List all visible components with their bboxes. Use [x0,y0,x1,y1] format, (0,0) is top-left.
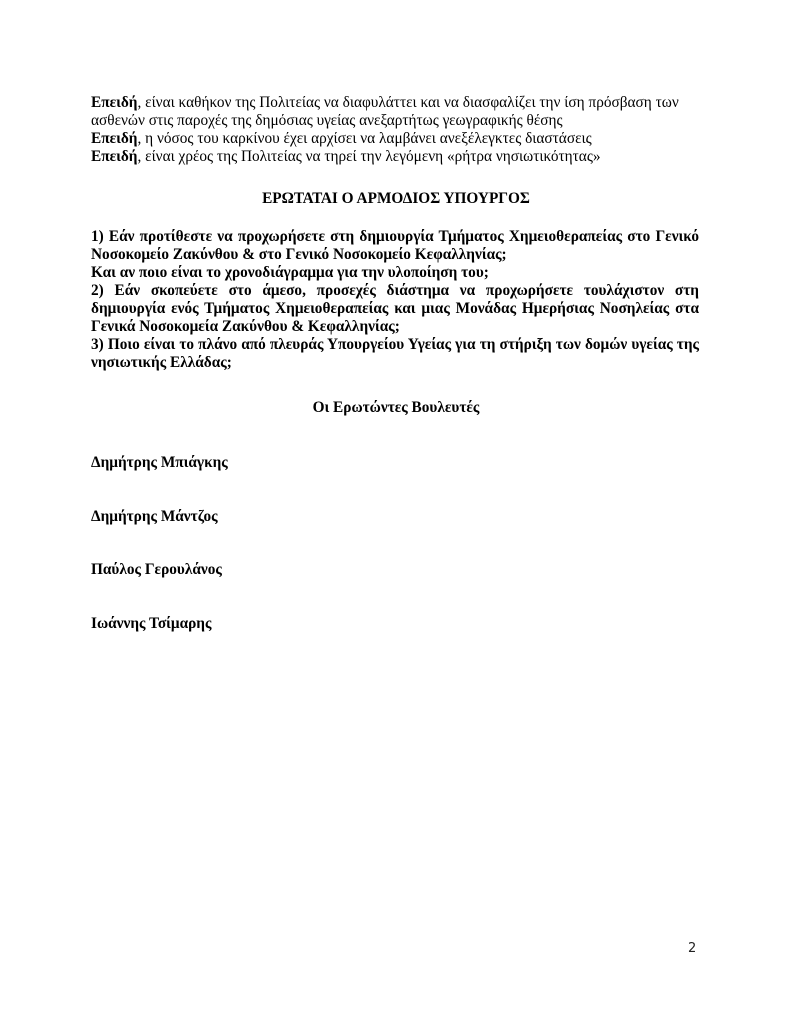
preamble-lead: Επειδή [91,130,138,147]
signer-name: Δημήτρης Μάντζος [91,508,218,526]
preamble-line: ασθενών στις παροχές της δημόσιας υγείας… [91,112,701,130]
section-heading: ΕΡΩΤΑΤΑΙ Ο ΑΡΜΟΔΙΟΣ ΥΠΟΥΡΓΟΣ [91,190,701,208]
preamble-lead: Επειδή [91,148,138,165]
signer-name: Ιωάννης Τσίμαρης [91,615,211,633]
preamble-lead: Επειδή [91,94,138,111]
signatures-title: Οι Ερωτώντες Βουλευτές [91,399,701,417]
preamble-line: Επειδή, είναι καθήκον της Πολιτείας να δ… [91,94,701,112]
question-item: 1) Εάν προτίθεστε να προχωρήσετε στη δημ… [91,228,699,264]
signer-name: Παύλος Γερουλάνος [91,561,222,579]
document-page: Επειδή, είναι καθήκον της Πολιτείας να δ… [0,0,791,1024]
preamble-line: Επειδή, είναι χρέος της Πολιτείας να τηρ… [91,148,701,166]
question-item: 3) Ποιο είναι το πλάνο από πλευράς Υπουρ… [91,336,699,372]
signer-name: Δημήτρης Μπιάγκης [91,454,228,472]
page-number: 2 [688,941,696,956]
preamble-line: Επειδή, η νόσος του καρκίνου έχει αρχίσε… [91,130,701,148]
question-item: 2) Εάν σκοπεύετε στο άμεσο, προσεχές διά… [91,282,699,336]
question-item: Και αν ποιο είναι το χρονοδιάγραμμα για … [91,264,699,282]
questions-list: 1) Εάν προτίθεστε να προχωρήσετε στη δημ… [91,228,699,372]
preamble: Επειδή, είναι καθήκον της Πολιτείας να δ… [91,94,701,166]
